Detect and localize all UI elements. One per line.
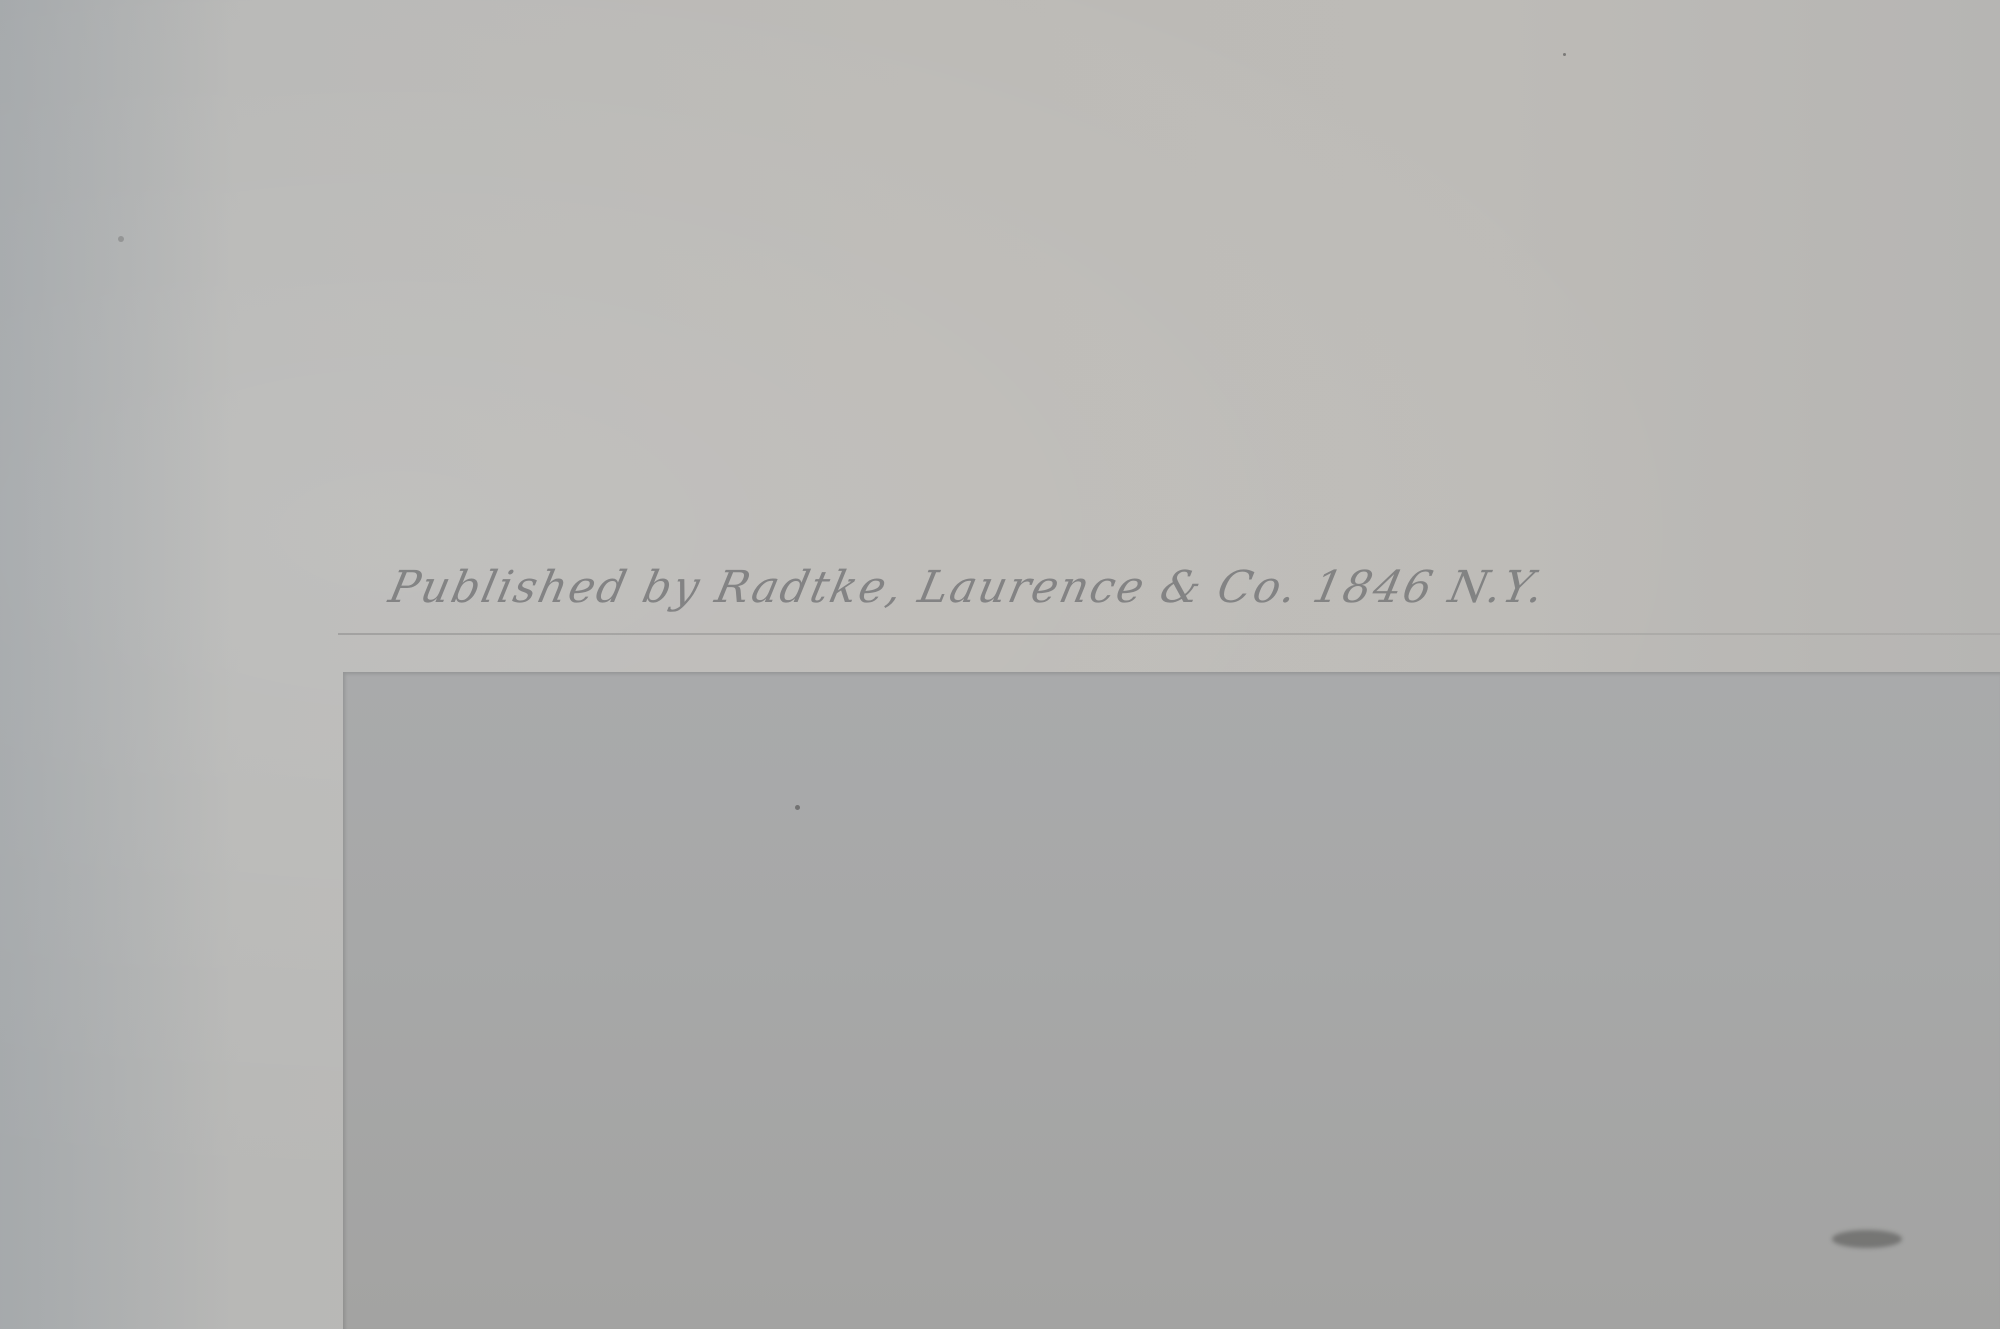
printed-plate-area — [343, 672, 2000, 1329]
speck — [118, 236, 124, 242]
speck — [1563, 53, 1566, 56]
publisher-inscription: Published by Radtke, Laurence & Co. 1846… — [381, 562, 1596, 632]
paper-edge-shadow — [0, 0, 230, 1329]
plate-mark-line — [338, 633, 2000, 635]
speck — [795, 805, 800, 810]
ink-smudge — [1832, 1230, 1902, 1248]
